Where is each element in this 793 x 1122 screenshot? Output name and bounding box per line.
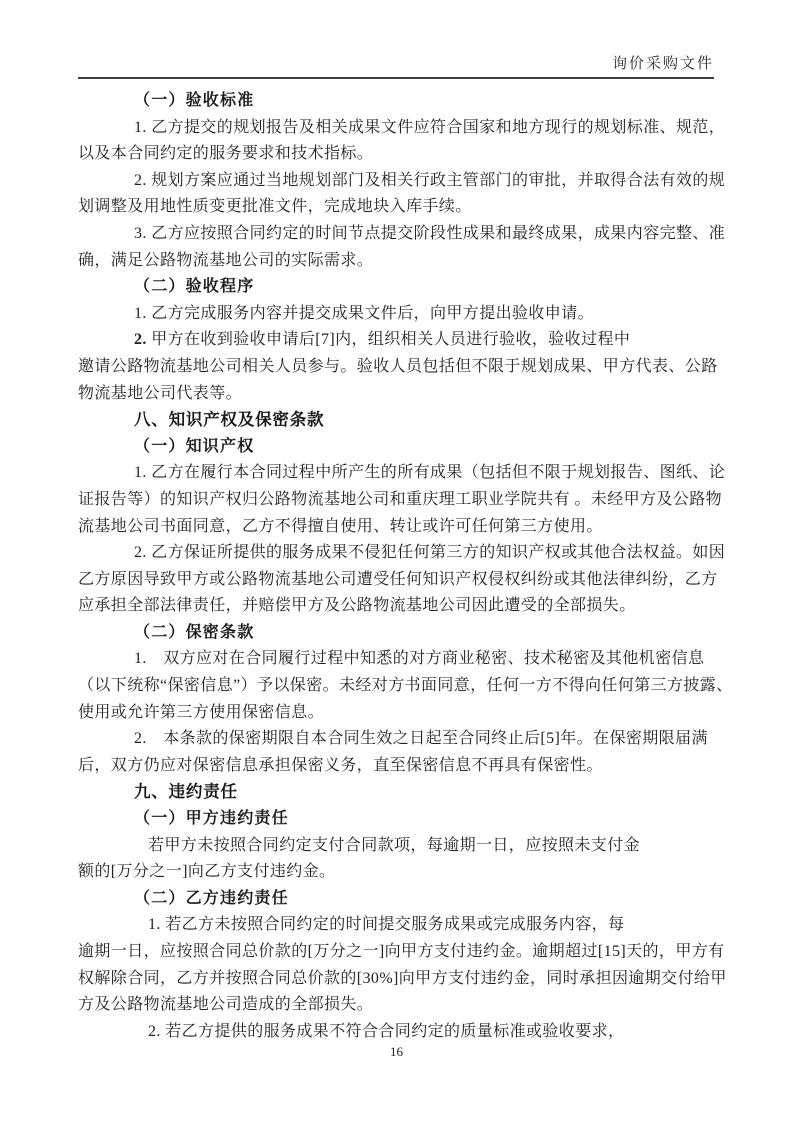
bold-number: 2. xyxy=(134,331,147,348)
text-line: 应承担全部法律责任，并赔偿甲方及公路物流基地公司因此遭受的全部损失。 xyxy=(78,593,717,620)
paragraph: 2. 甲方在收到验收申请后[7]内，组织相关人员进行验收，验收过程中邀请公路物流… xyxy=(78,327,717,407)
header-title: 询价采购文件 xyxy=(612,56,714,72)
text-line: （一）验收标准 xyxy=(78,88,717,115)
document-page: 询价采购文件 （一）验收标准1. 乙方提交的规划报告及相关成果文件应符合国家和地… xyxy=(0,0,793,1122)
text-line: 1. 若乙方未按照合同约定的时间提交服务成果或完成服务内容，每 xyxy=(78,912,717,939)
text-line: 确，满足公路物流基地公司的实际需求。 xyxy=(78,248,717,275)
text-line: 1. 乙方提交的规划报告及相关成果文件应符合国家和地方现行的规划标准、规范， xyxy=(78,115,717,142)
text-line: 九、违约责任 xyxy=(78,779,717,806)
text-line: （以下统称“保密信息”）予以保密。未经对方书面同意，任何一方不得向任何第三方披露… xyxy=(78,673,717,700)
paragraph: 1. 若乙方未按照合同约定的时间提交服务成果或完成服务内容，每逾期一日，应按照合… xyxy=(78,912,717,1018)
page-number: 16 xyxy=(390,1044,403,1059)
section-heading: （二）保密条款 xyxy=(78,620,717,647)
section-heading: （一）验收标准 xyxy=(78,88,717,115)
text-line: 以及本合同约定的服务要求和技术指标。 xyxy=(78,141,717,168)
text-line: 权解除合同，乙方并按照合同总价款的[30%]向甲方支付违约金，同时承担因逾期交付… xyxy=(78,966,717,993)
paragraph: 2. 本条款的保密期限自本合同生效之日起至合同终止后[5]年。在保密期限届满后，… xyxy=(78,726,717,779)
paragraph: 1. 乙方在履行本合同过程中所产生的所有成果（包括但不限于规划报告、图纸、论证报… xyxy=(78,460,717,540)
text-line: 逾期一日，应按照合同总价款的[万分之一]向甲方支付违约金。逾期超过[15]天的，… xyxy=(78,939,717,966)
text-line: （二）保密条款 xyxy=(78,620,717,647)
section-heading: （二）乙方违约责任 xyxy=(78,886,717,913)
paragraph: 1. 乙方完成服务内容并提交成果文件后，向甲方提出验收申请。 xyxy=(78,301,717,328)
header-rule xyxy=(78,77,714,79)
text-line: 八、知识产权及保密条款 xyxy=(78,407,717,434)
paragraph: 2. 若乙方提供的服务成果不符合合同约定的质量标准或验收要求， xyxy=(78,1019,717,1046)
page-footer: 16 xyxy=(0,1044,793,1060)
text-line: 1. 双方应对在合同履行过程中知悉的对方商业秘密、技术秘密及其他机密信息 xyxy=(78,646,717,673)
paragraph: 3. 乙方应按照合同约定的时间节点提交阶段性成果和最终成果，成果内容完整、准确，… xyxy=(78,221,717,274)
text-line: 使用或允许第三方使用保密信息。 xyxy=(78,700,717,727)
text-line: 方及公路物流基地公司造成的全部损失。 xyxy=(78,992,717,1019)
text-line: 物流基地公司代表等。 xyxy=(78,381,717,408)
text-line: 2. 乙方保证所提供的服务成果不侵犯任何第三方的知识产权或其他合法权益。如因 xyxy=(78,540,717,567)
text-line: 若甲方未按照合同约定支付合同款项，每逾期一日，应按照未支付金 xyxy=(78,833,717,860)
text-line: 2. 本条款的保密期限自本合同生效之日起至合同终止后[5]年。在保密期限届满 xyxy=(78,726,717,753)
paragraph: 1. 乙方提交的规划报告及相关成果文件应符合国家和地方现行的规划标准、规范，以及… xyxy=(78,115,717,168)
document-body: （一）验收标准1. 乙方提交的规划报告及相关成果文件应符合国家和地方现行的规划标… xyxy=(78,88,717,1045)
paragraph: 2. 乙方保证所提供的服务成果不侵犯任何第三方的知识产权或其他合法权益。如因乙方… xyxy=(78,540,717,620)
text-line: 2. 若乙方提供的服务成果不符合合同约定的质量标准或验收要求， xyxy=(78,1019,717,1046)
paragraph: 若甲方未按照合同约定支付合同款项，每逾期一日，应按照未支付金额的[万分之一]向乙… xyxy=(78,833,717,886)
text-line: 3. 乙方应按照合同约定的时间节点提交阶段性成果和最终成果，成果内容完整、准 xyxy=(78,221,717,248)
section-heading: （一）甲方违约责任 xyxy=(78,806,717,833)
text-line: 后，双方仍应对保密信息承担保密义务，直至保密信息不再具有保密性。 xyxy=(78,753,717,780)
text-line: 1. 乙方完成服务内容并提交成果文件后，向甲方提出验收申请。 xyxy=(78,301,717,328)
text-line: 1. 乙方在履行本合同过程中所产生的所有成果（包括但不限于规划报告、图纸、论 xyxy=(78,460,717,487)
paragraph: 2. 规划方案应通过当地规划部门及相关行政主管部门的审批，并取得合法有效的规划调… xyxy=(78,168,717,221)
text-line: 流基地公司书面同意，乙方不得擅自使用、转让或许可任何第三方使用。 xyxy=(78,514,717,541)
section-heading: （一）知识产权 xyxy=(78,434,717,461)
text-line: （一）知识产权 xyxy=(78,434,717,461)
section-heading: 九、违约责任 xyxy=(78,779,717,806)
text-line: 划调整及用地性质变更批准文件，完成地块入库手续。 xyxy=(78,194,717,221)
text-line: （二）验收程序 xyxy=(78,274,717,301)
text-line: （一）甲方违约责任 xyxy=(78,806,717,833)
section-heading: 八、知识产权及保密条款 xyxy=(78,407,717,434)
text-line: 证报告等）的知识产权归公路物流基地公司和重庆理工职业学院共有 。未经甲方及公路物 xyxy=(78,487,717,514)
paragraph: 1. 双方应对在合同履行过程中知悉的对方商业秘密、技术秘密及其他机密信息（以下统… xyxy=(78,646,717,726)
text-line: 2. 甲方在收到验收申请后[7]内，组织相关人员进行验收，验收过程中 xyxy=(78,327,717,354)
text-line: 2. 规划方案应通过当地规划部门及相关行政主管部门的审批，并取得合法有效的规 xyxy=(78,168,717,195)
section-heading: （二）验收程序 xyxy=(78,274,717,301)
text-line: 乙方原因导致甲方或公路物流基地公司遭受任何知识产权侵权纠纷或其他法律纠纷，乙方 xyxy=(78,567,717,594)
page-header: 询价采购文件 xyxy=(78,52,714,73)
text-line: 额的[万分之一]向乙方支付违约金。 xyxy=(78,859,717,886)
text-line: （二）乙方违约责任 xyxy=(78,886,717,913)
text-line: 邀请公路物流基地公司相关人员参与。验收人员包括但不限于规划成果、甲方代表、公路 xyxy=(78,354,717,381)
